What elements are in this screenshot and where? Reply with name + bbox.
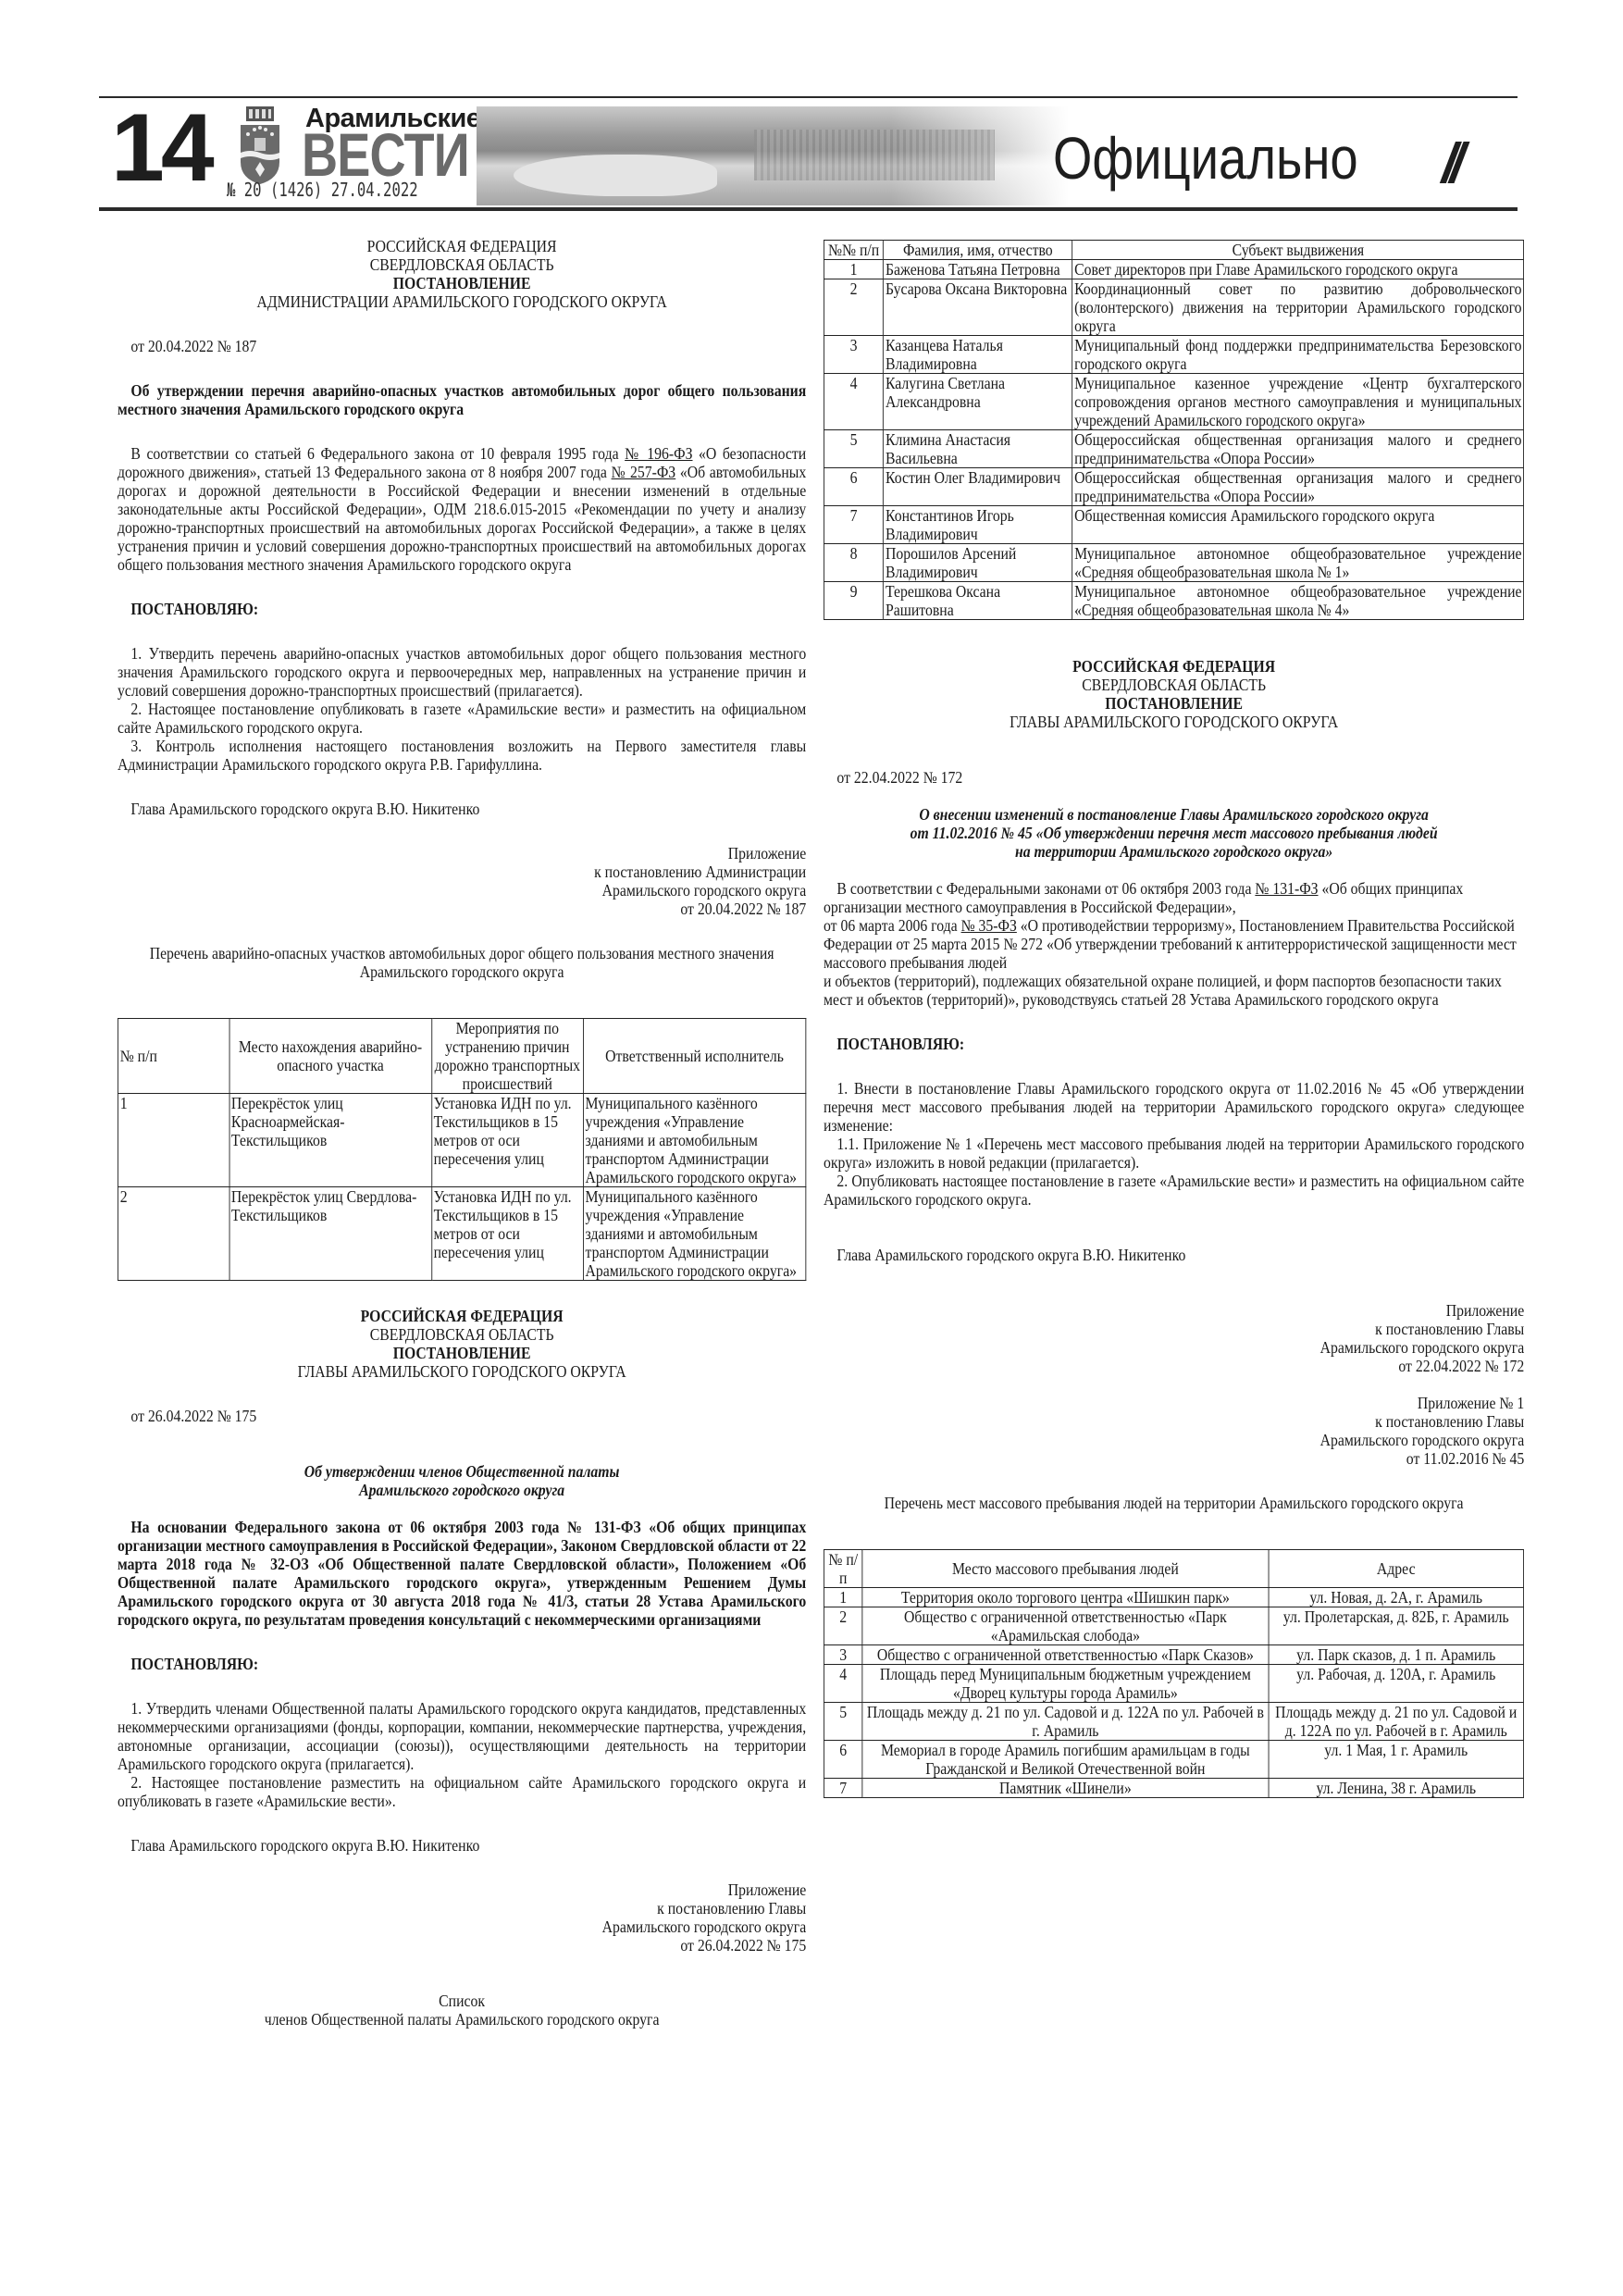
doc175-decree: ПОСТАНОВЛЯЮ: xyxy=(118,1655,806,1673)
table-cell: Общероссийская общественная организация … xyxy=(1072,430,1524,468)
issue-number: № 20 (1426) 27.04.2022 xyxy=(227,179,418,201)
doc187-preamble: В соответствии со статьей 6 Федерального… xyxy=(118,444,806,574)
newspaper-name-main: ВЕСТИ xyxy=(302,124,469,185)
law-link-257[interactable]: № 257-ФЗ xyxy=(612,463,676,481)
table-cell: Казанцева Наталья Владимировна xyxy=(884,336,1072,374)
doc172-decree: ПОСТАНОВЛЯЮ: xyxy=(824,1035,1524,1053)
table-cell: Территория около торгового центра «Шишки… xyxy=(862,1588,1269,1607)
header-rule-top xyxy=(99,96,1518,98)
table-cell: ул. Парк сказов, д. 1 п. Арамиль xyxy=(1269,1645,1524,1665)
heading-region: СВЕРДЛОВСКАЯ ОБЛАСТЬ xyxy=(118,255,806,274)
table-cell: Бусарова Оксана Викторовна xyxy=(884,279,1072,336)
law-link-131[interactable]: № 131-ФЗ xyxy=(1255,879,1318,898)
table-cell: Костин Олег Владимирович xyxy=(884,468,1072,506)
table-row: 5Климина Анастасия ВасильевнаОбщероссийс… xyxy=(824,430,1523,468)
column-header: Место нахождения аварийно-опасного участ… xyxy=(229,1019,432,1094)
double-slash-icon: // xyxy=(1442,131,1457,195)
doc187-decree: ПОСТАНОВЛЯЮ: xyxy=(118,600,806,618)
table-cell: 5 xyxy=(824,430,883,468)
column-header: Ответственный исполнитель xyxy=(583,1019,806,1094)
header-rule-bottom xyxy=(99,207,1518,211)
table-cell: ул. 1 Мая, 1 г. Арамиль xyxy=(1269,1741,1524,1779)
header-landscape-photo xyxy=(477,106,1069,205)
table-cell: Муниципальное казенное учреждение «Центр… xyxy=(1072,374,1524,430)
table-cell: Общество с ограниченной ответственностью… xyxy=(862,1607,1269,1645)
doc175-preamble: На основании Федерального закона от 06 о… xyxy=(118,1518,806,1629)
table-cell: Общественная комиссия Арамильского город… xyxy=(1072,506,1524,544)
table-row: 1Баженова Татьяна ПетровнаСовет директор… xyxy=(824,260,1523,279)
column-header: №№ п/п xyxy=(824,241,883,260)
table-cell: Порошилов Арсений Владимирович xyxy=(884,544,1072,582)
heading-authority: АДМИНИСТРАЦИИ АРАМИЛЬСКОГО ГОРОДСКОГО ОК… xyxy=(118,292,806,311)
doc187-item: 2. Настоящее постановление опубликовать … xyxy=(118,700,806,737)
table-row: 2Бусарова Оксана ВикторовнаКоординационн… xyxy=(824,279,1523,336)
doc175-item: 1. Утвердить членами Общественной палаты… xyxy=(118,1699,806,1773)
table-cell: 9 xyxy=(824,582,883,620)
table-cell: 1 xyxy=(824,260,883,279)
table-row: 9Терешкова Оксана РашитовнаМуниципальное… xyxy=(824,582,1523,620)
table-row: 3Общество с ограниченной ответственность… xyxy=(824,1645,1523,1665)
coat-of-arms-icon xyxy=(239,105,281,186)
table-cell: Калугина Светлана Александровна xyxy=(884,374,1072,430)
table-cell: ул. Рабочая, д. 120А, г. Арамиль xyxy=(1269,1665,1524,1703)
table-cell: Баженова Татьяна Петровна xyxy=(884,260,1072,279)
table-cell: Площадь перед Муниципальным бюджетным уч… xyxy=(862,1665,1269,1703)
doc187-item: 3. Контроль исполнения настоящего постан… xyxy=(118,737,806,774)
table-cell: Муниципальное автономное общеобразовател… xyxy=(1072,544,1524,582)
doc172-list-title: Перечень мест массового пребывания людей… xyxy=(824,1494,1524,1512)
table-cell: Климина Анастасия Васильевна xyxy=(884,430,1072,468)
doc175-members-table: №№ п/п Фамилия, имя, отчество Субъект вы… xyxy=(824,240,1524,620)
doc172-appendix2-note: Приложение № 1 к постановлению Главы Ара… xyxy=(824,1394,1524,1468)
doc172-item: 1. Внести в постановление Главы Арамильс… xyxy=(824,1079,1524,1135)
doc187-item: 1. Утвердить перечень аварийно-опасных у… xyxy=(118,644,806,700)
table-cell: 7 xyxy=(824,1779,862,1798)
table-cell: Муниципальное автономное общеобразовател… xyxy=(1072,582,1524,620)
table-cell: ул. Пролетарская, д. 82Б, г. Арамиль xyxy=(1269,1607,1524,1645)
doc175-appendix-note: Приложение к постановлению Главы Арамиль… xyxy=(118,1880,806,1955)
doc175-heading: РОССИЙСКАЯ ФЕДЕРАЦИЯ СВЕРДЛОВСКАЯ ОБЛАСТ… xyxy=(118,1307,806,1381)
column-header: Субъект выдвижения xyxy=(1072,241,1524,260)
doc172-item: 2. Опубликовать настоящее постановление … xyxy=(824,1172,1524,1209)
table-row: 3Казанцева Наталья ВладимировнаМуниципал… xyxy=(824,336,1523,374)
table-row: 5Площадь между д. 21 по ул. Садовой и д.… xyxy=(824,1703,1523,1741)
table-row: 1Территория около торгового центра «Шишк… xyxy=(824,1588,1523,1607)
doc172-heading: РОССИЙСКАЯ ФЕДЕРАЦИЯ СВЕРДЛОВСКАЯ ОБЛАСТ… xyxy=(824,657,1524,731)
table-row: 7Памятник «Шинели»ул. Ленина, 38 г. Арам… xyxy=(824,1779,1523,1798)
doc175-list-title: Список членов Общественной палаты Арамил… xyxy=(118,1992,806,2029)
table-cell: 1 xyxy=(824,1588,862,1607)
heading-country: РОССИЙСКАЯ ФЕДЕРАЦИЯ xyxy=(118,237,806,255)
doc175-item: 2. Настоящее постановление разместить на… xyxy=(118,1773,806,1810)
column-header: Мероприятия по устранению причин дорожно… xyxy=(431,1019,583,1094)
doc187-appendix-note: Приложение к постановлению Администрации… xyxy=(118,844,806,918)
table-cell: Совет директоров при Главе Арамильского … xyxy=(1072,260,1524,279)
table-row: 4Площадь перед Муниципальным бюджетным у… xyxy=(824,1665,1523,1703)
table-cell: Мемориал в городе Арамиль погибшим арами… xyxy=(862,1741,1269,1779)
table-row: 6Мемориал в городе Арамиль погибшим арам… xyxy=(824,1741,1523,1779)
table-header-row: № п/п Место нахождения аварийно-опасного… xyxy=(118,1019,805,1094)
doc187-date: от 20.04.2022 № 187 xyxy=(118,337,806,355)
table-row: 2Общество с ограниченной ответственность… xyxy=(824,1607,1523,1645)
table-header-row: №№ п/п Фамилия, имя, отчество Субъект вы… xyxy=(824,241,1523,260)
doc172-preamble: В соответствии с Федеральными законами о… xyxy=(824,879,1524,1009)
table-row: 7Константинов Игорь ВладимировичОбществе… xyxy=(824,506,1523,544)
doc187-list-title: Перечень аварийно-опасных участков автом… xyxy=(118,944,806,981)
doc175-title: Об утверждении членов Общественной палат… xyxy=(118,1462,806,1499)
table-cell: 2 xyxy=(824,1607,862,1645)
section-title: Официально xyxy=(1053,126,1358,191)
doc187-table: № п/п Место нахождения аварийно-опасного… xyxy=(118,1018,806,1281)
table-cell: 3 xyxy=(824,1645,862,1665)
table-cell: Терешкова Оксана Рашитовна xyxy=(884,582,1072,620)
column-header: Фамилия, имя, отчество xyxy=(884,241,1072,260)
table-row: 4Калугина Светлана АлександровнаМуниципа… xyxy=(824,374,1523,430)
doc175-date: от 26.04.2022 № 175 xyxy=(118,1407,806,1425)
doc172-places-table: № п/п Место массового пребывания людей А… xyxy=(824,1549,1524,1798)
table-cell: ул. Ленина, 38 г. Арамиль xyxy=(1269,1779,1524,1798)
table-header-row: № п/п Место массового пребывания людей А… xyxy=(824,1550,1523,1588)
table-cell: 6 xyxy=(824,1741,862,1779)
table-cell: 7 xyxy=(824,506,883,544)
column-header: Адрес xyxy=(1269,1550,1524,1588)
table-cell: 2 xyxy=(824,279,883,336)
table-cell: 3 xyxy=(824,336,883,374)
law-link-35[interactable]: № 35-ФЗ xyxy=(961,916,1017,935)
right-column: №№ п/п Фамилия, имя, отчество Субъект вы… xyxy=(824,240,1525,1798)
table-cell: Муниципальный фонд поддержки предпринима… xyxy=(1072,336,1524,374)
table-row: 6Костин Олег ВладимировичОбщероссийская … xyxy=(824,468,1523,506)
table-cell: 4 xyxy=(824,1665,862,1703)
column-header: № п/п xyxy=(824,1550,862,1588)
law-link-196[interactable]: № 196-ФЗ xyxy=(625,444,692,463)
table-row: 8Порошилов Арсений ВладимировичМуниципал… xyxy=(824,544,1523,582)
table-cell: 5 xyxy=(824,1703,862,1741)
doc187-title: Об утверждении перечня аварийно-опасных … xyxy=(118,381,806,418)
table-cell: Константинов Игорь Владимирович xyxy=(884,506,1072,544)
doc187-heading: РОССИЙСКАЯ ФЕДЕРАЦИЯ СВЕРДЛОВСКАЯ ОБЛАСТ… xyxy=(118,237,806,311)
table-cell: Памятник «Шинели» xyxy=(862,1779,1269,1798)
table-cell: ул. Новая, д. 2А, г. Арамиль xyxy=(1269,1588,1524,1607)
doc172-signature: Глава Арамильского городского округа В.Ю… xyxy=(824,1246,1524,1264)
newspaper-page: 14 Арамильские ВЕСТИ № 20 (1426) 27.04.2… xyxy=(0,0,1623,2296)
doc187-signature: Глава Арамильского городского округа В.Ю… xyxy=(118,800,806,818)
doc172-item: 1.1. Приложение № 1 «Перечень мест массо… xyxy=(824,1135,1524,1172)
page-number: 14 xyxy=(111,100,211,196)
table-cell: 6 xyxy=(824,468,883,506)
left-column: РОССИЙСКАЯ ФЕДЕРАЦИЯ СВЕРДЛОВСКАЯ ОБЛАСТ… xyxy=(118,237,807,2029)
table-cell: Общероссийская общественная организация … xyxy=(1072,468,1524,506)
column-header: Место массового пребывания людей xyxy=(862,1550,1269,1588)
doc172-appendix-note: Приложение к постановлению Главы Арамиль… xyxy=(824,1301,1524,1375)
table-cell: 4 xyxy=(824,374,883,430)
doc175-signature: Глава Арамильского городского округа В.Ю… xyxy=(118,1836,806,1855)
table-cell: 8 xyxy=(824,544,883,582)
heading-doc-type: ПОСТАНОВЛЕНИЕ xyxy=(118,274,806,292)
table-cell: Общество с ограниченной ответственностью… xyxy=(862,1645,1269,1665)
doc172-date: от 22.04.2022 № 172 xyxy=(824,768,1524,787)
column-header: № п/п xyxy=(118,1019,229,1094)
table-row: 1Перекрёсток улиц Красноармейская-Тексти… xyxy=(118,1094,805,1187)
table-cell: Площадь между д. 21 по ул. Садовой и д. … xyxy=(1269,1703,1524,1741)
table-row: 2Перекрёсток улиц Свердлова-Текстильщико… xyxy=(118,1187,805,1281)
doc172-title: О внесении изменений в постановление Гла… xyxy=(824,805,1524,861)
table-cell: Площадь между д. 21 по ул. Садовой и д. … xyxy=(862,1703,1269,1741)
table-cell: Координационный совет по развитию добров… xyxy=(1072,279,1524,336)
